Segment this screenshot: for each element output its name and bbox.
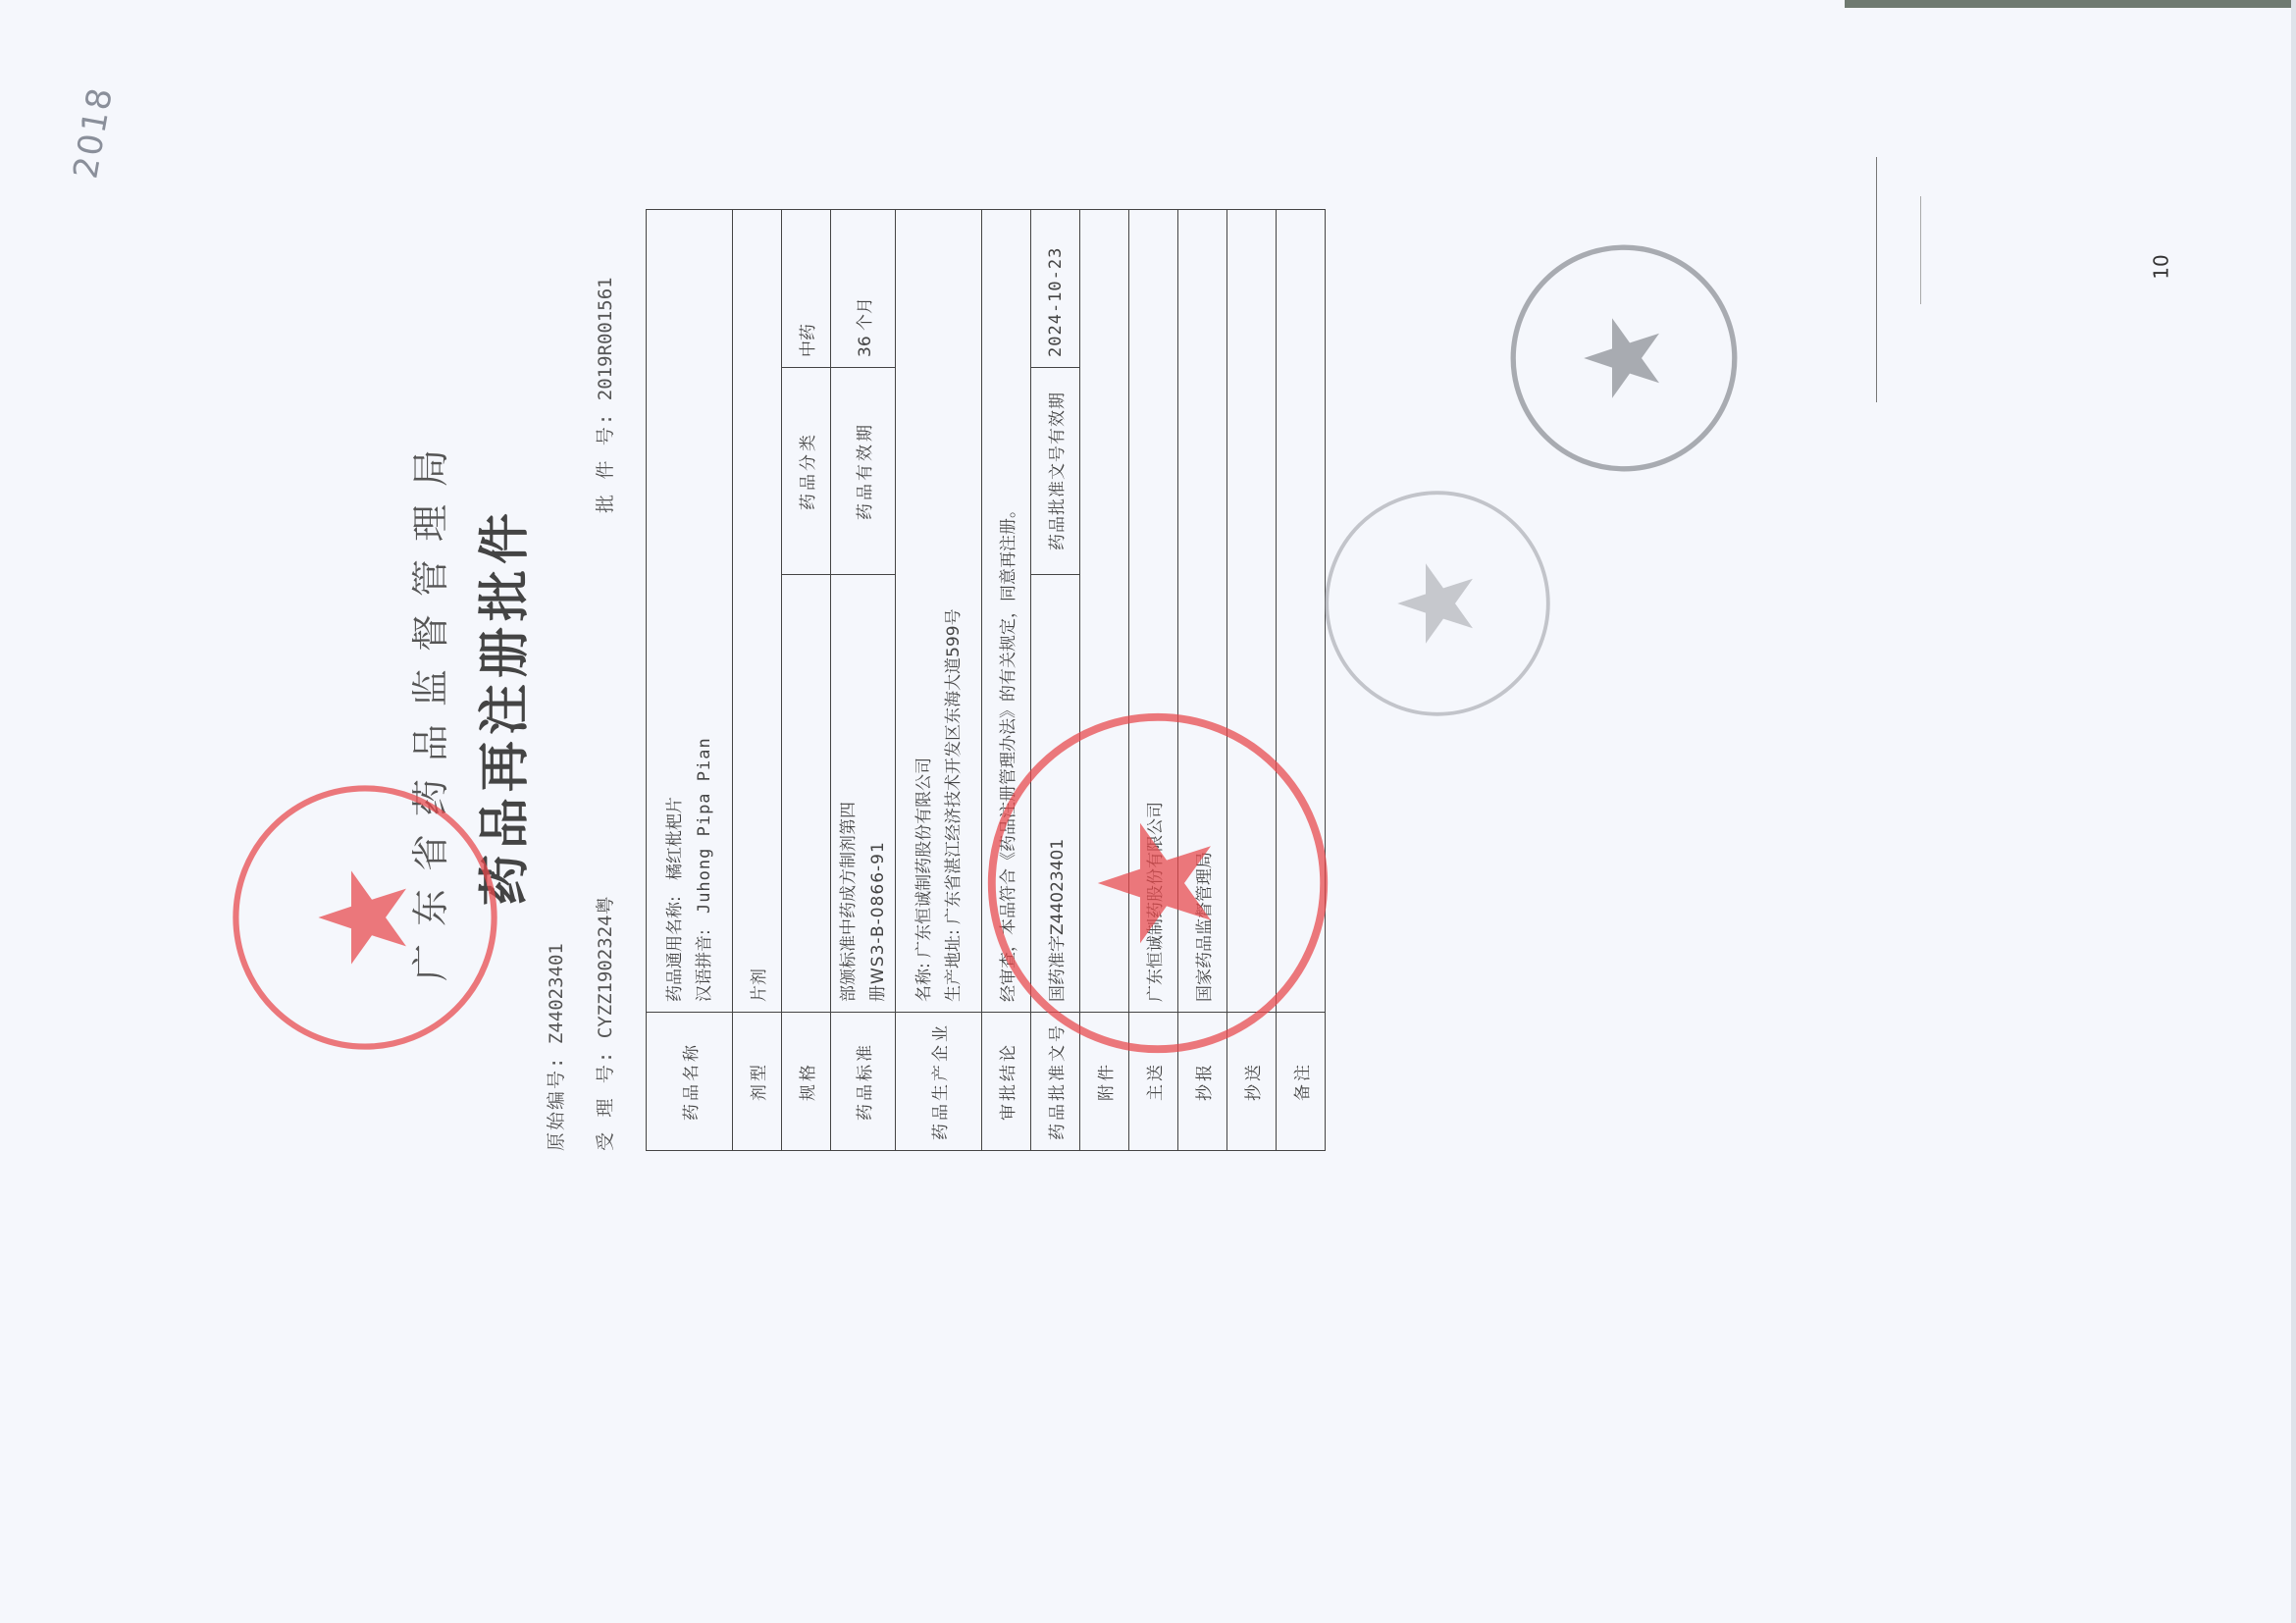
manufacturer-cell: 名称: 广东恒诚制药股份有限公司 生产地址: 广东省湛江经济技术开发区东海大道5… [896,210,982,1013]
pinyin-label: 汉语拼音: [695,929,714,1002]
drug-name-cell: 药品通用名称: 橘红枇杷片 汉语拼音: Juhong Pipa Pian [647,210,733,1013]
approval-doc-number-group: 批 件 号: 2019R001561 [591,277,617,513]
validity-label: 药品有效期 [831,368,896,575]
standard-label: 药品标准 [831,1013,896,1151]
approval-doc-number: 2019R001561 [595,277,616,400]
margin-line [1876,157,1877,402]
standard-line-1: 部颁标准中药成方制剂第四 [834,585,863,1002]
conclusion-label: 审批结论 [982,1013,1031,1151]
category-value: 中药 [782,210,831,368]
manufacturer-address: 广东省湛江经济技术开发区东海大道599号 [944,608,964,923]
issuer-name: 广东省药品监督管理局 [400,177,454,1236]
table-row: 审批结论 经审查，本品符合《药品注册管理办法》的有关规定，同意再注册。 [982,210,1031,1151]
scan-edge-top [1845,0,2296,8]
report-to-label: 抄报 [1178,1013,1227,1151]
manufacturer-label: 药品生产企业 [896,1013,982,1151]
table-row: 主送 广东恒诚制药股份有限公司 [1129,210,1178,1151]
manufacturer-name: 广东恒诚制药股份有限公司 [914,758,934,958]
generic-name: 橘红枇杷片 [665,797,685,880]
specification-label: 规格 [782,1013,831,1151]
table-row: 药品标准 部颁标准中药成方制剂第四 册WS3-B-0866-91 药品有效期 3… [831,210,896,1151]
approval-number-label: 药品批准文号 [1031,1013,1080,1151]
page-number: 10 [2150,254,2173,279]
table-row: 备注 [1277,210,1326,1151]
standard-value: 部颁标准中药成方制剂第四 册WS3-B-0866-91 [831,575,896,1013]
manufacturer-address-label: 生产地址: [944,929,964,1002]
generic-name-label: 药品通用名称: [665,896,685,1002]
approval-validity-value: 2024-10-23 [1031,210,1080,368]
generic-name-line: 药品通用名称: 橘红枇杷片 [660,220,690,1002]
manufacturer-name-line: 名称: 广东恒诚制药股份有限公司 [910,220,939,1002]
remarks-value [1277,210,1326,1013]
handwritten-note: 2018 [66,83,121,182]
number-row: 受 理 号: CYZZ1902324粤 批 件 号: 2019R001561 [591,209,617,1151]
conclusion-value: 经审查，本品符合《药品注册管理办法》的有关规定，同意再注册。 [982,210,1031,1013]
dosage-form-value: 片剂 [733,210,782,1013]
table-row: 剂型 片剂 [733,210,782,1151]
table-row: 规格 药品分类 中药 [782,210,831,1151]
approval-doc-number-label: 批 件 号: [595,412,616,513]
middle-gray-company-stamp [1320,486,1555,721]
authority-gray-stamp [1506,240,1742,476]
copy-to-value [1227,210,1277,1013]
document-title: 药品再注册批件 [463,177,537,1236]
specification-value [782,575,831,1013]
table-row: 药品批准文号 国药准字Z44023401 药品批准文号有效期 2024-10-2… [1031,210,1080,1151]
manufacturer-name-label: 名称: [914,963,934,1002]
report-to-value: 国家药品监督管理局 [1178,210,1227,1013]
star-seal-icon [1320,486,1555,721]
pinyin-line: 汉语拼音: Juhong Pipa Pian [690,220,719,1002]
validity-value: 36 个月 [831,210,896,368]
approval-number-value: 国药准字Z44023401 [1031,575,1080,1013]
main-recipient-label: 主送 [1129,1013,1178,1151]
main-recipient-value: 广东恒诚制药股份有限公司 [1129,210,1178,1013]
manufacturer-address-line: 生产地址: 广东省湛江经济技术开发区东海大道599号 [939,220,968,1002]
copy-to-label: 抄送 [1227,1013,1277,1151]
standard-line-2: 册WS3-B-0866-91 [863,585,893,1002]
star-seal-icon [1506,240,1742,476]
table-row: 药品名称 药品通用名称: 橘红枇杷片 汉语拼音: Juhong Pipa Pia… [647,210,733,1151]
acceptance-number: CYZZ1902324粤 [595,896,616,1038]
registration-table: 药品名称 药品通用名称: 橘红枇杷片 汉语拼音: Juhong Pipa Pia… [646,209,1326,1151]
acceptance-number-label: 受 理 号: [595,1050,616,1151]
original-number-label: 原始编号: [546,1056,567,1151]
attachments-label: 附件 [1080,1013,1129,1151]
table-row: 抄送 [1227,210,1277,1151]
category-label: 药品分类 [782,368,831,575]
registration-document: 广东省药品监督管理局 药品再注册批件 原始编号: Z44023401 受 理 号… [334,177,1236,1236]
dosage-form-label: 剂型 [733,1013,782,1151]
attachments-value [1080,210,1129,1013]
pinyin: Juhong Pipa Pian [695,737,714,914]
margin-line [1920,196,1921,304]
approval-validity-label: 药品批准文号有效期 [1031,368,1080,575]
drug-name-label: 药品名称 [647,1013,733,1151]
table-row: 药品生产企业 名称: 广东恒诚制药股份有限公司 生产地址: 广东省湛江经济技术开… [896,210,982,1151]
table-row: 附件 [1080,210,1129,1151]
table-row: 抄报 国家药品监督管理局 [1178,210,1227,1151]
remarks-label: 备注 [1277,1013,1326,1151]
original-number-row: 原始编号: Z44023401 [542,943,568,1151]
scan-edge-right [2291,0,2296,1623]
original-number: Z44023401 [546,943,567,1044]
